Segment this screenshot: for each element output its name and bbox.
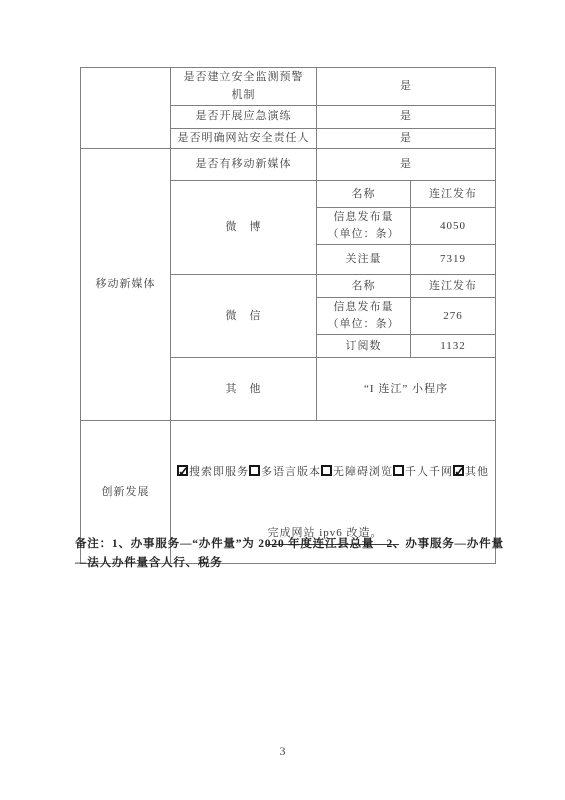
weibo-row-label: 名称 [317, 181, 411, 208]
checkbox-icon [249, 465, 260, 476]
wechat-row-value: 连江发布 [411, 275, 496, 298]
checkbox-label: 无障碍浏览 [333, 466, 393, 478]
security-row-label: 是否明确网站安全责任人 [171, 129, 317, 149]
checkbox-icon [321, 465, 332, 476]
checkbox-label: 其他 [465, 466, 489, 478]
section-label-mobile-media: 移动新媒体 [81, 149, 171, 421]
wechat-row-label: 订阅数 [317, 335, 411, 358]
has-mobile-label: 是否有移动新媒体 [171, 149, 317, 181]
weibo-row-value: 7319 [411, 245, 496, 275]
checkbox-label: 搜索即服务 [189, 466, 249, 478]
weibo-row-value: 4050 [411, 208, 496, 245]
other-media-value: “I 连江” 小程序 [317, 358, 496, 421]
innovation-option: 其他 [453, 466, 489, 478]
wechat-label: 微 信 [171, 275, 317, 358]
security-row-value: 是 [317, 129, 496, 149]
wechat-row-value: 276 [411, 298, 496, 335]
weibo-row-value: 连江发布 [411, 181, 496, 208]
innovation-option: 搜索即服务 [177, 466, 249, 478]
has-mobile-value: 是 [317, 149, 496, 181]
innovation-option: 千人千网 [393, 466, 453, 478]
wechat-row-value: 1132 [411, 335, 496, 358]
security-row-label: 是否开展应急演练 [171, 106, 317, 129]
wechat-row-label: 名称 [317, 275, 411, 298]
security-row-label: 是否建立安全监测预警 机制 [171, 68, 317, 106]
checkbox-icon [453, 465, 464, 476]
weibo-row-label: 关注量 [317, 245, 411, 275]
weibo-label: 微 博 [171, 181, 317, 275]
innovation-option: 无障碍浏览 [321, 466, 393, 478]
report-table: 是否建立安全监测预警 机制 是 是否开展应急演练 是 是否明确网站安全责任人 是… [80, 67, 496, 564]
checkbox-label: 多语言版本 [261, 466, 321, 478]
checkbox-label: 千人千网 [405, 466, 453, 478]
security-row-value: 是 [317, 106, 496, 129]
checkbox-icon [177, 465, 188, 476]
checkbox-icon [393, 465, 404, 476]
weibo-row-label: 信息发布量 （单位：条） [317, 208, 411, 245]
security-row-value: 是 [317, 68, 496, 106]
wechat-row-label: 信息发布量 （单位：条） [317, 298, 411, 335]
innovation-option: 多语言版本 [249, 466, 321, 478]
document-page: 是否建立安全监测预警 机制 是 是否开展应急演练 是 是否明确网站安全责任人 是… [0, 0, 565, 800]
section-cell-empty [81, 68, 171, 149]
innovation-options: 搜索即服务多语言版本无障碍浏览千人千网其他 [173, 439, 493, 483]
page-number: 3 [0, 744, 565, 759]
other-media-label: 其 他 [171, 358, 317, 421]
footnote: 备注：1、办事服务—“办件量”为 2020 年度连江县总量 2、办事服务—办件量… [75, 535, 513, 573]
